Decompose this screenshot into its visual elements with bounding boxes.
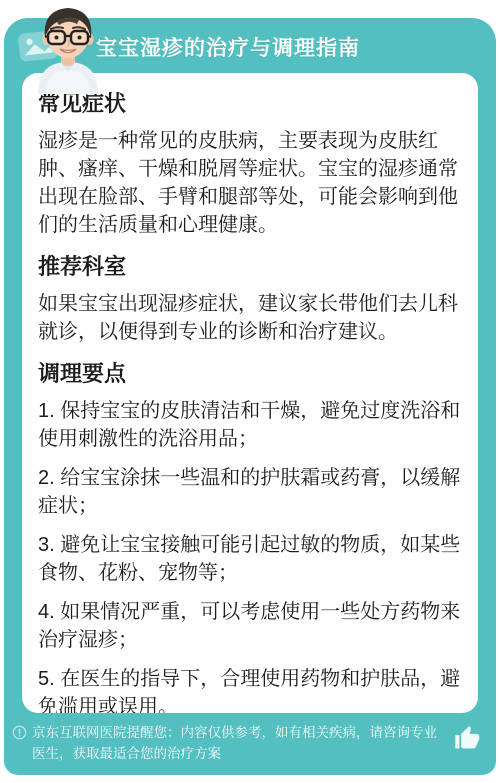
thumbs-up-button[interactable] [452, 724, 482, 754]
section-paragraph: 4. 如果情况严重，可以考虑使用一些处方药物来治疗湿疹； [38, 598, 462, 654]
sections-container: 常见症状湿疹是一种常见的皮肤病，主要表现为皮肤红肿、瘙痒、干燥和脱屑等症状。宝宝… [38, 87, 462, 713]
guide-card: 宝宝湿疹的治疗与调理指南 常见症状湿疹是一种常见的皮肤病，主要表现为皮肤红肿、瘙… [4, 18, 496, 775]
content-card: 常见症状湿疹是一种常见的皮肤病，主要表现为皮肤红肿、瘙痒、干燥和脱屑等症状。宝宝… [22, 73, 478, 713]
info-icon [12, 725, 27, 740]
section-paragraph: 1. 保持宝宝的皮肤清洁和干燥，避免过度洗浴和使用刺激性的洗浴用品； [38, 397, 462, 453]
disclaimer-text: 京东互联网医院提醒您：内容仅供参考，如有相关疾病，请咨询专业医生，获取最适合您的… [32, 722, 444, 764]
section-heading: 推荐科室 [38, 250, 462, 281]
section-paragraph: 湿疹是一种常见的皮肤病，主要表现为皮肤红肿、瘙痒、干燥和脱屑等症状。宝宝的湿疹通… [38, 127, 462, 239]
card-header: 宝宝湿疹的治疗与调理指南 [4, 18, 496, 73]
section-heading: 调理要点 [38, 357, 462, 388]
footer: 京东互联网医院提醒您：内容仅供参考，如有相关疾病，请咨询专业医生，获取最适合您的… [4, 713, 496, 775]
section-paragraph: 如果宝宝出现湿疹症状，建议家长带他们去儿科就诊，以便得到专业的诊断和治疗建议。 [38, 290, 462, 346]
thumbs-up-icon [453, 724, 481, 752]
section-paragraph: 5. 在医生的指导下，合理使用药物和护肤品，避免滥用或误用。 [38, 665, 462, 713]
doctor-avatar-icon [30, 2, 106, 94]
section-paragraph: 3. 避免让宝宝接触可能引起过敏的物质，如某些食物、花粉、宠物等； [38, 531, 462, 587]
section-paragraph: 2. 给宝宝涂抹一些温和的护肤霜或药膏，以缓解症状； [38, 464, 462, 520]
page-title: 宝宝湿疹的治疗与调理指南 [96, 32, 360, 62]
